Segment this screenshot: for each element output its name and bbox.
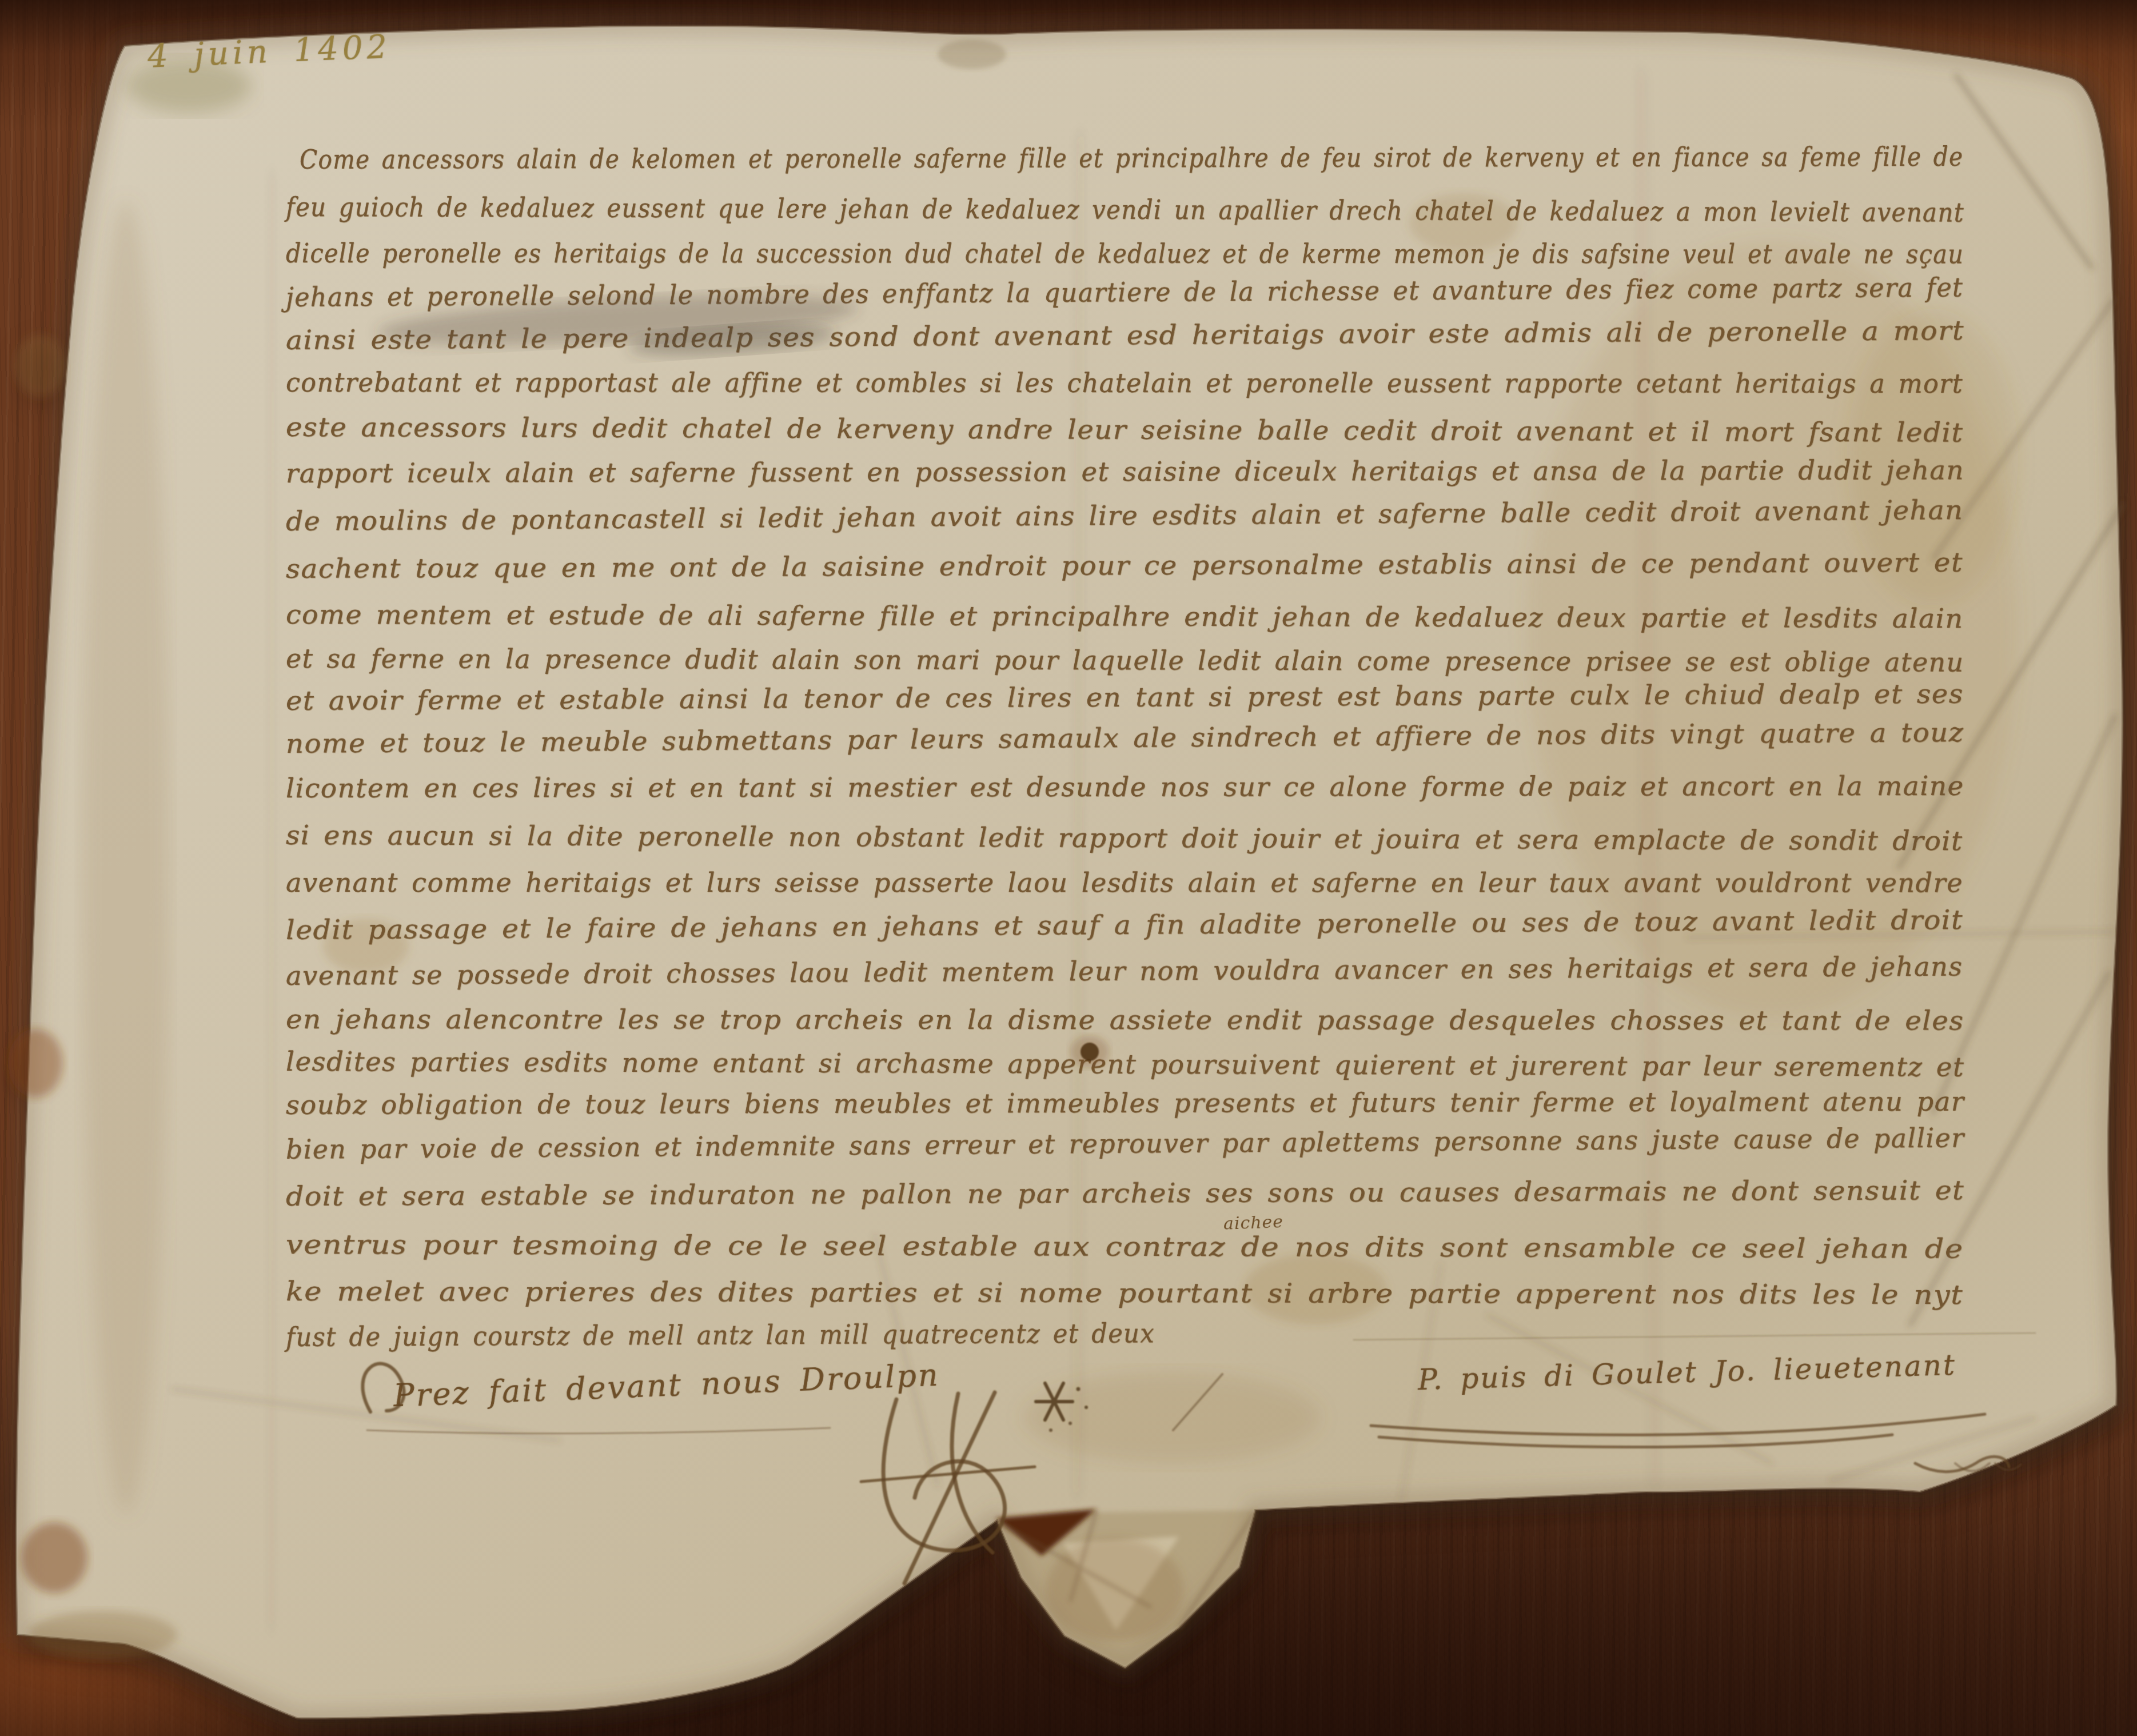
signature-underline bbox=[1354, 1333, 2035, 1472]
photograph-of-parchment-charter: 4 juin 1402 Prez fait devant nous Droulp… bbox=[0, 0, 2137, 1736]
ink-and-crease-overlay bbox=[0, 0, 2137, 1736]
paraph-star bbox=[1036, 1383, 1088, 1432]
ink-blot bbox=[1070, 1036, 1109, 1068]
crease-lines bbox=[172, 69, 2124, 1629]
notarial-paraph bbox=[362, 1364, 1222, 1583]
ink-smudge bbox=[377, 286, 859, 361]
